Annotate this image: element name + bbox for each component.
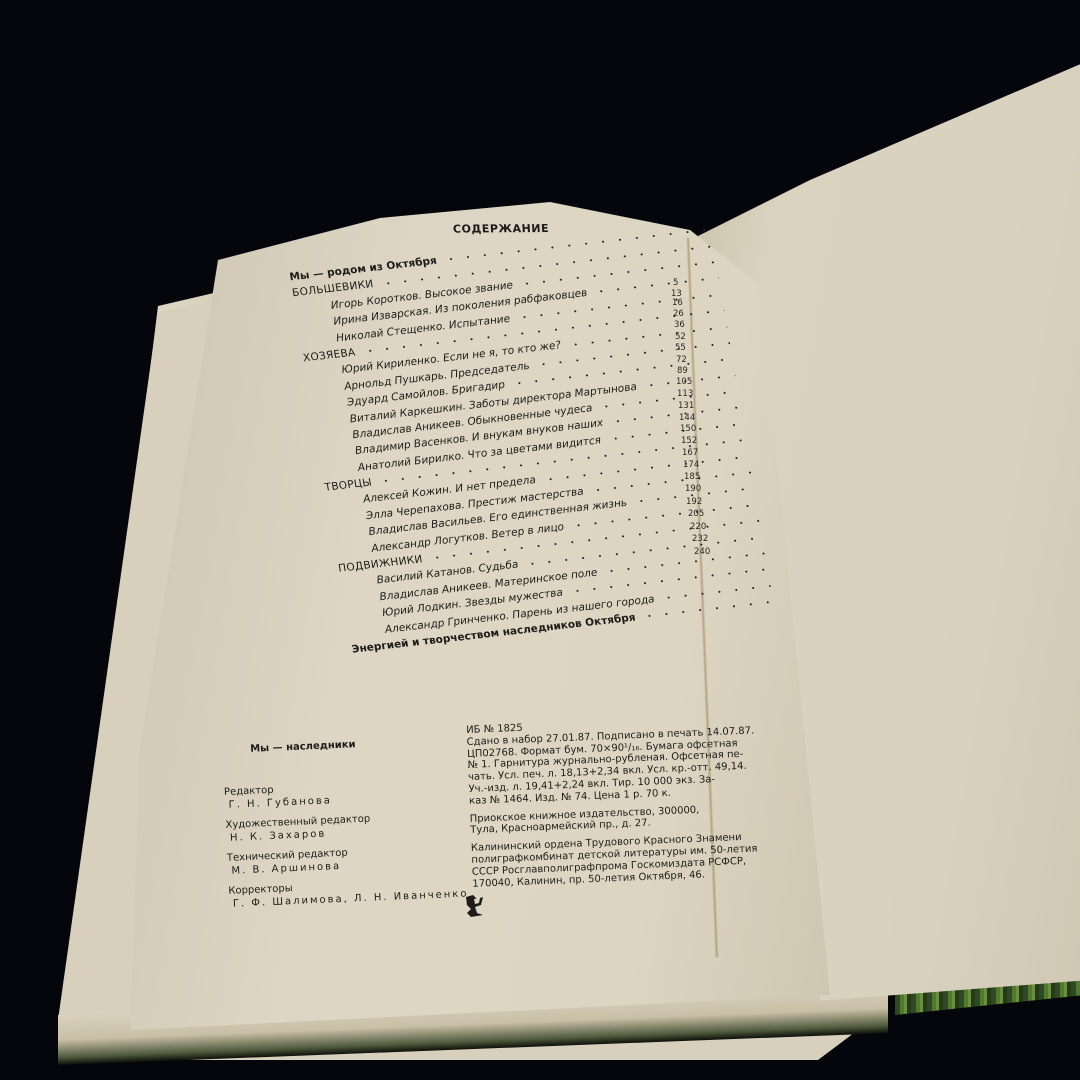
page-number: 105 bbox=[676, 377, 692, 387]
imprint-block: ИБ № 1825 Сдано в набор 27.01.87. Подпис… bbox=[466, 712, 792, 890]
page-number: 192 bbox=[686, 497, 702, 507]
page-number: 232 bbox=[692, 534, 708, 544]
page-number: 174 bbox=[683, 460, 699, 470]
toc-list: Мы — родом из Октября БОЛЬШЕВИКИ Игорь К… bbox=[288, 221, 780, 658]
page-number: 185 bbox=[684, 472, 700, 482]
page-number: 72 bbox=[676, 355, 687, 365]
page-number: 89 bbox=[677, 366, 688, 376]
page-number: 113 bbox=[677, 389, 693, 399]
toc-title: СОДЕРЖАНИЕ bbox=[453, 222, 550, 235]
page-number: 167 bbox=[682, 448, 698, 458]
page-number: 52 bbox=[675, 332, 686, 342]
page-number: 220 bbox=[690, 522, 706, 532]
page-number: 5 bbox=[673, 278, 678, 288]
page-number: 240 bbox=[694, 547, 710, 557]
page-number: 55 bbox=[675, 343, 686, 353]
page-number: 150 bbox=[680, 424, 696, 434]
page-number: 36 bbox=[674, 320, 685, 330]
page-number: 205 bbox=[688, 509, 704, 519]
photo-scene: СОДЕРЖАНИЕ Мы — родом из Октября БОЛЬШЕВ… bbox=[0, 0, 1080, 1080]
credits-block: Мы — наследники Редактор Г. Н. Губанова … bbox=[222, 735, 469, 918]
publisher-logo-icon bbox=[463, 893, 485, 919]
page-number: 16 bbox=[672, 298, 683, 308]
page-number: 152 bbox=[681, 436, 697, 446]
page-number: 26 bbox=[673, 309, 684, 319]
page-number: 131 bbox=[678, 401, 694, 411]
page-number: 144 bbox=[679, 413, 695, 423]
page-number: 190 bbox=[685, 484, 701, 494]
